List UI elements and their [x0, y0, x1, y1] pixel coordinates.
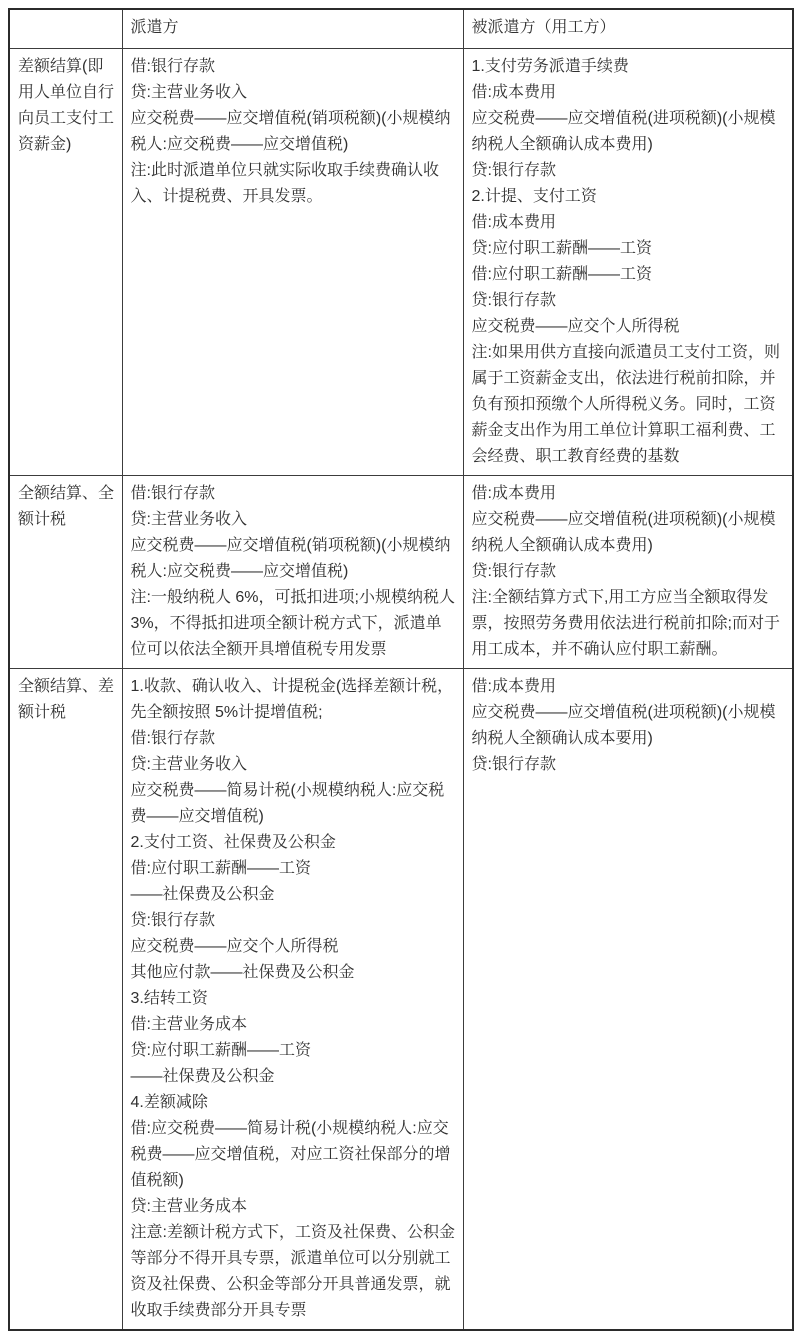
text-line: 借:成本费用	[472, 481, 787, 507]
text-line: 4.差额减除	[131, 1090, 457, 1116]
labor-dispatch-accounting-table-wrap: 派遣方 被派遣方（用工方） 差额结算(即用人单位自行向员工支付工资薪金) 借:银…	[8, 8, 794, 1331]
header-cell-empty	[9, 9, 122, 48]
table-row-full-settlement-diff-tax: 全额结算、差额计税 1.收款、确认收入、计提税金(选择差额计税，先全额按照 5%…	[9, 668, 793, 1330]
text-line: 注:一般纳税人 6%，可抵扣进项;小规模纳税人 3%，不得抵扣进项全额计税方式下…	[131, 585, 457, 663]
header-cell-employer: 被派遣方（用工方）	[463, 9, 793, 48]
text-line: 应交税费——简易计税(小规模纳税人:应交税费——应交增值税)	[131, 778, 457, 830]
text-line: 贷:银行存款	[472, 288, 787, 314]
header-cell-dispatcher: 派遣方	[122, 9, 463, 48]
text-line: 注:如果用供方直接向派遣员工支付工资，则属于工资薪金支出，依法进行税前扣除，并负…	[472, 340, 787, 470]
employer-cell: 借:成本费用应交税费——应交增值税(进项税额)(小规模纳税人全额确认成本要用)贷…	[463, 668, 793, 1330]
text-line: ——社保费及公积金	[131, 882, 457, 908]
text-line: 贷:主营业务收入	[131, 752, 457, 778]
table-row-diff-settlement: 差额结算(即用人单位自行向员工支付工资薪金) 借:银行存款贷:主营业务收入应交税…	[9, 48, 793, 475]
dispatcher-cell: 借:银行存款贷:主营业务收入应交税费——应交增值税(销项税额)(小规模纳税人:应…	[122, 475, 463, 668]
text-line: ——社保费及公积金	[131, 1064, 457, 1090]
text-line: 应交税费——应交增值税(进项税额)(小规模纳税人全额确认成本费用)	[472, 106, 787, 158]
row-label-cell: 全额结算、全额计税	[9, 475, 122, 668]
row-label-cell: 全额结算、差额计税	[9, 668, 122, 1330]
text-line: 贷:银行存款	[472, 752, 787, 778]
text-line: 贷:主营业务成本	[131, 1194, 457, 1220]
text-line: 贷:应付职工薪酬——工资	[131, 1038, 457, 1064]
text-line: 应交税费——应交个人所得税	[472, 314, 787, 340]
labor-dispatch-accounting-table: 派遣方 被派遣方（用工方） 差额结算(即用人单位自行向员工支付工资薪金) 借:银…	[8, 8, 794, 1331]
text-line: 贷:主营业务收入	[131, 507, 457, 533]
text-line: 贷:主营业务收入	[131, 80, 457, 106]
row-label-cell: 差额结算(即用人单位自行向员工支付工资薪金)	[9, 48, 122, 475]
text-line: 借:主营业务成本	[131, 1012, 457, 1038]
text-line: 借:成本费用	[472, 210, 787, 236]
text-line: 应交税费——应交个人所得税	[131, 934, 457, 960]
text-line: 贷:应付职工薪酬——工资	[472, 236, 787, 262]
text-line: 借:银行存款	[131, 726, 457, 752]
text-line: 应交税费——应交增值税(进项税额)(小规模纳税人全额确认成本要用)	[472, 700, 787, 752]
text-line: 1.支付劳务派遣手续费	[472, 54, 787, 80]
text-line: 贷:银行存款	[472, 158, 787, 184]
dispatcher-cell: 1.收款、确认收入、计提税金(选择差额计税，先全额按照 5%计提增值税;借:银行…	[122, 668, 463, 1330]
text-line: 2.计提、支付工资	[472, 184, 787, 210]
text-line: 应交税费——应交增值税(销项税额)(小规模纳税人:应交税费——应交增值税)	[131, 106, 457, 158]
text-line: 2.支付工资、社保费及公积金	[131, 830, 457, 856]
text-line: 注:此时派遣单位只就实际收取手续费确认收入、计提税费、开具发票。	[131, 158, 457, 210]
text-line: 借:银行存款	[131, 481, 457, 507]
text-line: 注:全额结算方式下,用工方应当全额取得发票，按照劳务费用依法进行税前扣除;而对于…	[472, 585, 787, 663]
header-row: 派遣方 被派遣方（用工方）	[9, 9, 793, 48]
text-line: 借:应付职工薪酬——工资	[472, 262, 787, 288]
text-line: 借:应付职工薪酬——工资	[131, 856, 457, 882]
text-line: 其他应付款——社保费及公积金	[131, 960, 457, 986]
dispatcher-cell: 借:银行存款贷:主营业务收入应交税费——应交增值税(销项税额)(小规模纳税人:应…	[122, 48, 463, 475]
text-line: 借:银行存款	[131, 54, 457, 80]
employer-cell: 借:成本费用应交税费——应交增值税(进项税额)(小规模纳税人全额确认成本费用)贷…	[463, 475, 793, 668]
table-row-full-settlement-full-tax: 全额结算、全额计税 借:银行存款贷:主营业务收入应交税费——应交增值税(销项税额…	[9, 475, 793, 668]
text-line: 3.结转工资	[131, 986, 457, 1012]
text-line: 借:成本费用	[472, 674, 787, 700]
text-line: 借:应交税费——简易计税(小规模纳税人:应交税费——应交增值税，对应工资社保部分…	[131, 1116, 457, 1194]
text-line: 应交税费——应交增值税(进项税额)(小规模纳税人全额确认成本费用)	[472, 507, 787, 559]
text-line: 贷:银行存款	[131, 908, 457, 934]
text-line: 贷:银行存款	[472, 559, 787, 585]
text-line: 1.收款、确认收入、计提税金(选择差额计税，先全额按照 5%计提增值税;	[131, 674, 457, 726]
text-line: 注意:差额计税方式下，工资及社保费、公积金等部分不得开具专票，派遣单位可以分别就…	[131, 1220, 457, 1324]
employer-cell: 1.支付劳务派遣手续费借:成本费用应交税费——应交增值税(进项税额)(小规模纳税…	[463, 48, 793, 475]
text-line: 借:成本费用	[472, 80, 787, 106]
text-line: 应交税费——应交增值税(销项税额)(小规模纳税人:应交税费——应交增值税)	[131, 533, 457, 585]
